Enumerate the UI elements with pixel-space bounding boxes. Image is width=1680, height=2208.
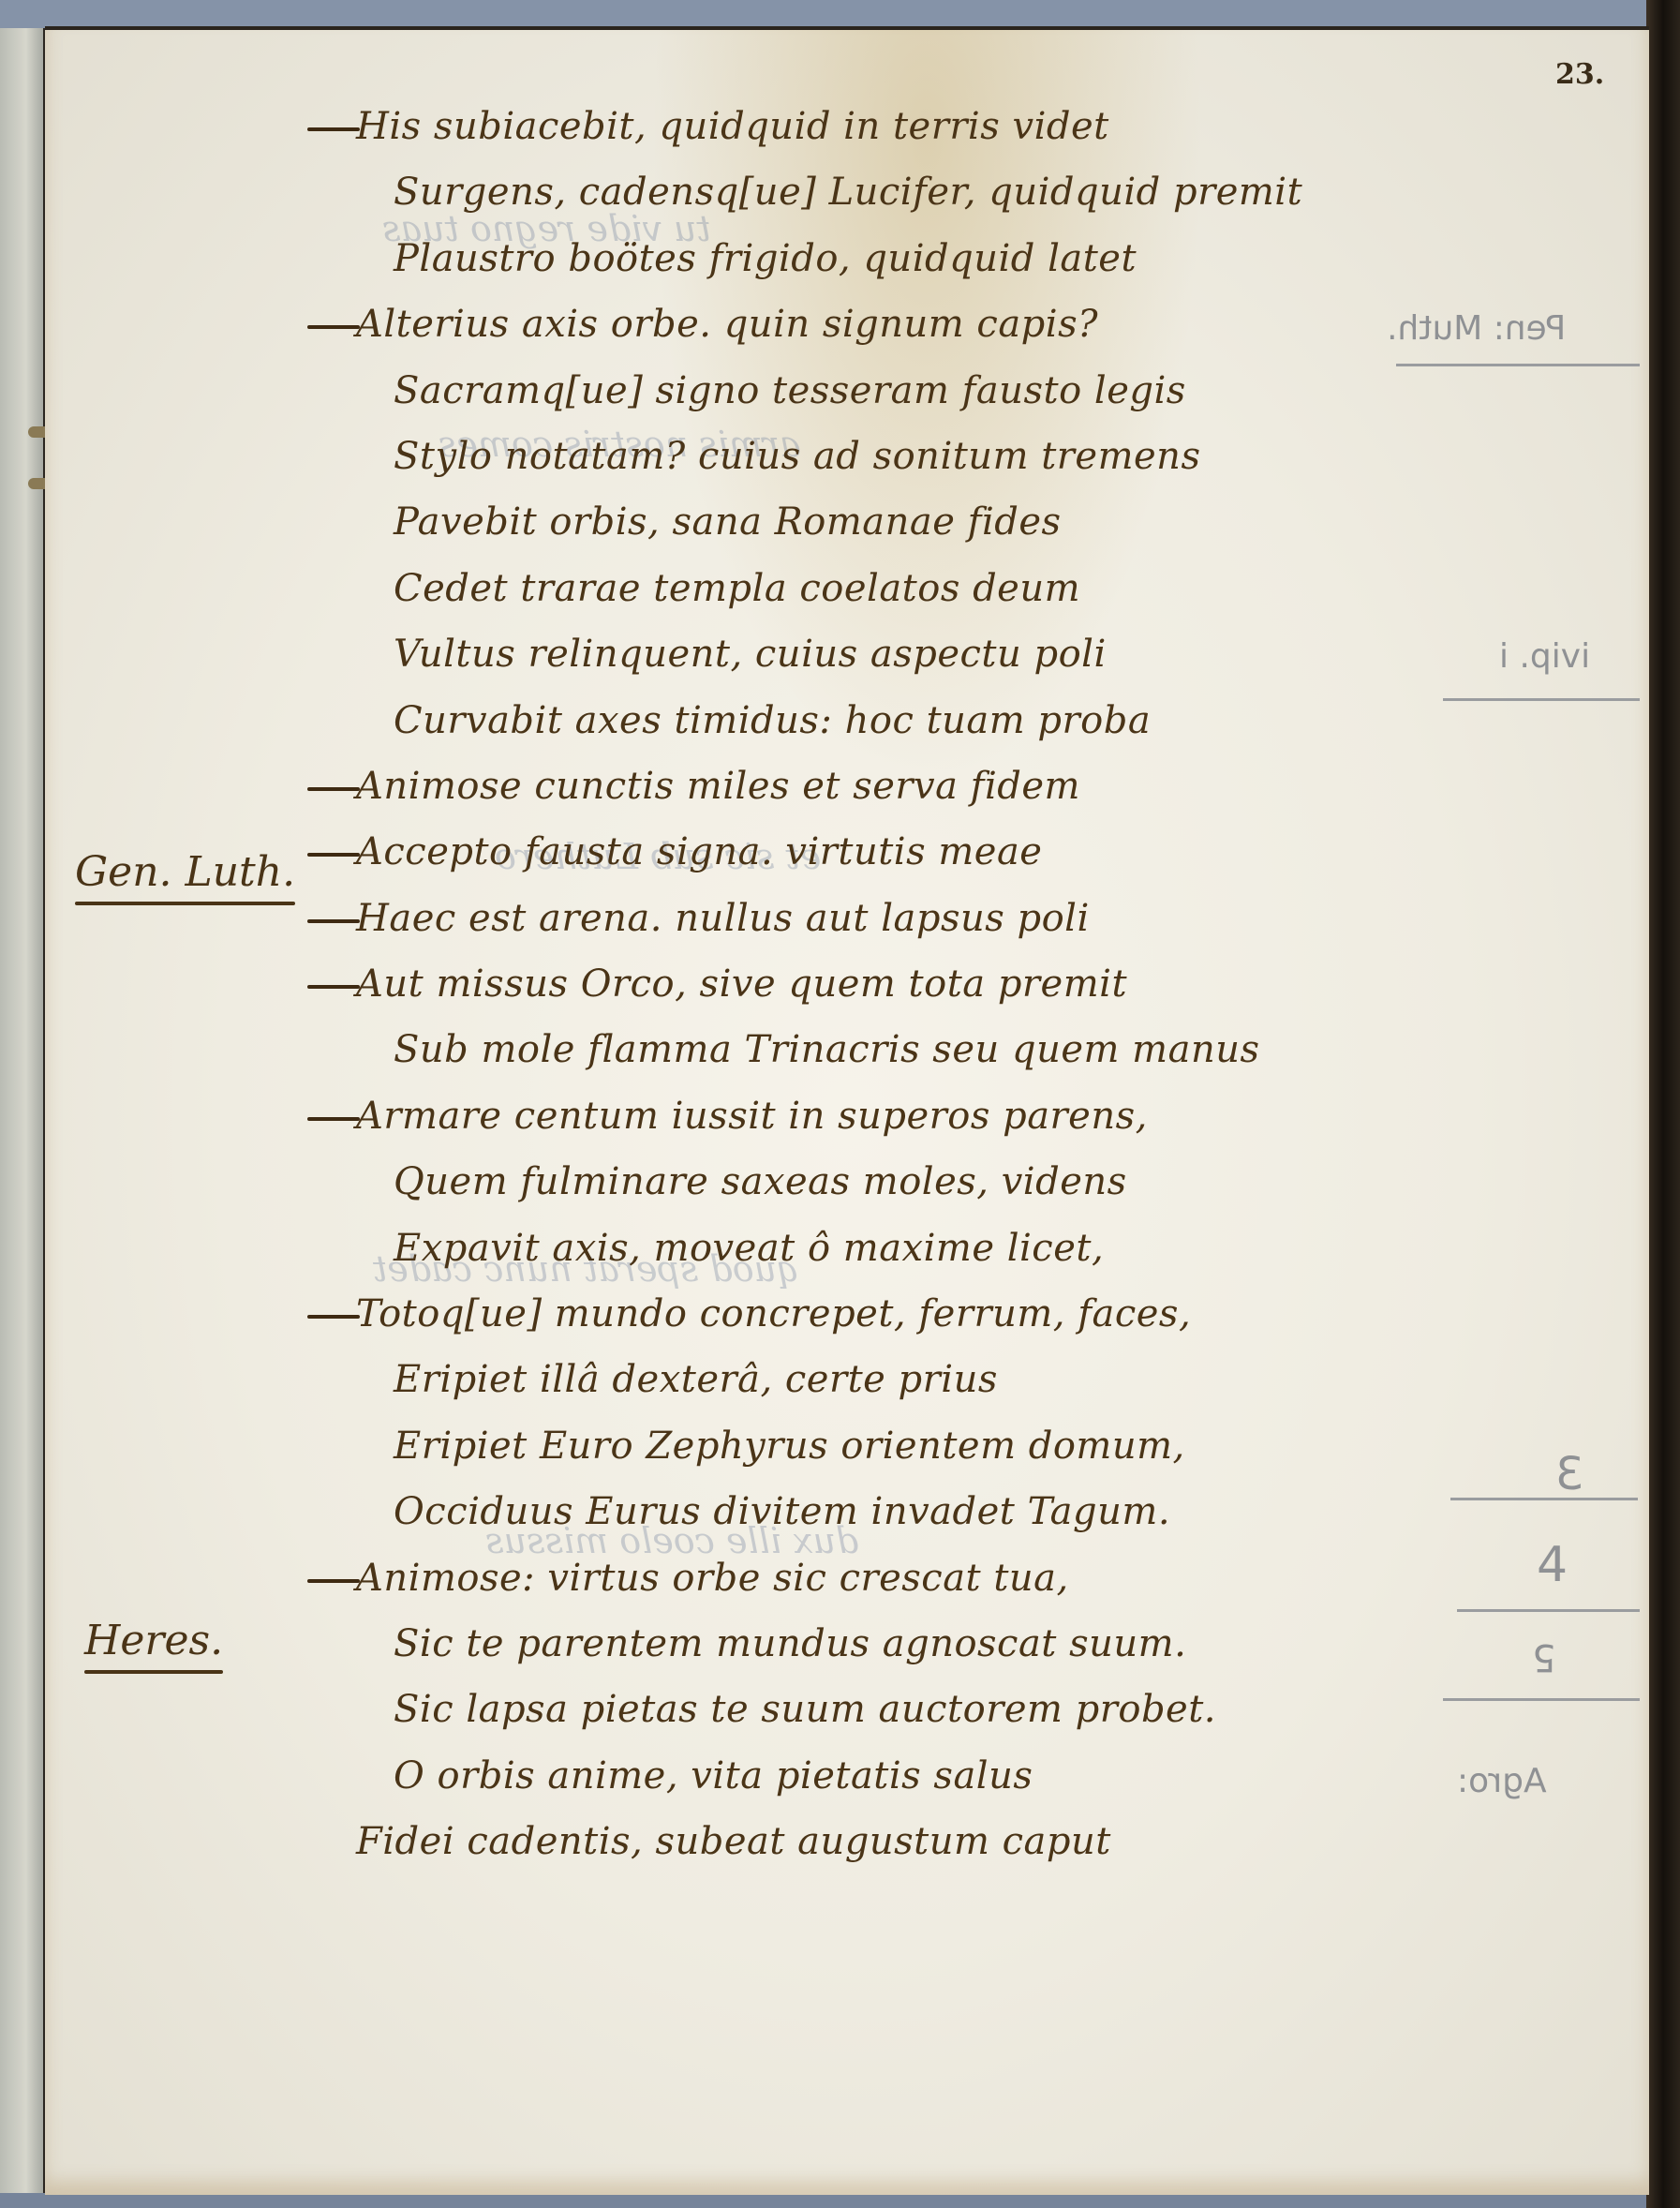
verse-line: Armare centum iussit in superos parens, bbox=[356, 1083, 1415, 1149]
speaker-label-gen-luth: Gen. Luth. bbox=[75, 848, 295, 905]
pencil-note: 3 bbox=[1555, 1448, 1584, 1500]
verse-line: Alterius axis orbe. quin signum capis? bbox=[356, 291, 1415, 357]
verse-line: Pavebit orbis, sana Romanae fides bbox=[356, 489, 1415, 555]
verse-line: Expavit axis, moveat ô maxime licet, bbox=[356, 1216, 1415, 1281]
verse-line: Fidei cadentis, subeat augustum caput bbox=[356, 1809, 1415, 1874]
verse-line: His subiacebit, quidquid in terris videt bbox=[356, 94, 1415, 159]
verse-line: Eripiet Euro Zephyrus orientem domum, bbox=[356, 1413, 1415, 1479]
pencil-rule bbox=[1396, 364, 1640, 366]
speaker-label-heres: Heres. bbox=[84, 1617, 223, 1674]
pencil-note: Agro: bbox=[1457, 1762, 1547, 1800]
verse-line: Stylo notatam? cuius ad sonitum tremens bbox=[356, 424, 1415, 489]
verse-line: Sacramq[ue] signo tesseram fausto legis bbox=[356, 358, 1415, 424]
verse-line: Sub mole flamma Trinacris seu quem manus bbox=[356, 1017, 1415, 1082]
verse-line: Surgens, cadensq[ue] Lucifer, quidquid p… bbox=[356, 159, 1415, 225]
pencil-rule bbox=[1443, 1698, 1640, 1701]
verse-line: Eripiet illâ dexterâ, certe prius bbox=[356, 1347, 1415, 1412]
verse-line: Cedet trarae templa coelatos deum bbox=[356, 556, 1415, 621]
verse-text: His subiacebit, quidquid in terris videt… bbox=[356, 94, 1415, 1875]
speaker-underline bbox=[75, 902, 295, 905]
verse-line: Curvabit axes timidus: hoc tuam proba bbox=[356, 688, 1415, 753]
speaker-name: Heres. bbox=[84, 1617, 223, 1664]
speaker-underline bbox=[84, 1670, 223, 1674]
pencil-rule bbox=[1450, 1498, 1638, 1500]
page-number: 23. bbox=[1555, 58, 1604, 91]
verse-line: Aut missus Orco, sive quem tota premit bbox=[356, 951, 1415, 1017]
book-cover-edge bbox=[1646, 0, 1680, 2208]
pencil-note: ivip. i bbox=[1499, 637, 1590, 676]
verse-line: Vultus relinquent, cuius aspectu poli bbox=[356, 621, 1415, 687]
pencil-note: 5 bbox=[1532, 1635, 1555, 1678]
previous-leaf-edge bbox=[0, 28, 46, 2193]
verse-line: O orbis anime, vita pietatis salus bbox=[356, 1743, 1415, 1809]
verse-line: Totoq[ue] mundo concrepet, ferrum, faces… bbox=[356, 1281, 1415, 1347]
pencil-note: 4 bbox=[1537, 1537, 1568, 1593]
verse-line: Haec est arena. nullus aut lapsus poli bbox=[356, 886, 1415, 951]
pencil-note: Pen: Muth. bbox=[1387, 309, 1566, 348]
verse-line: Quem fulminare saxeas moles, videns bbox=[356, 1149, 1415, 1215]
verse-line: Plaustro boötes frigido, quidquid latet bbox=[356, 226, 1415, 291]
verse-line: Animose: virtus orbe sic crescat tua, bbox=[356, 1545, 1415, 1611]
verse-line: Accepto fausta signa. virtutis meae bbox=[356, 819, 1415, 885]
speaker-name: Gen. Luth. bbox=[75, 848, 295, 896]
verse-line: Sic lapsa pietas te suum auctorem probet… bbox=[356, 1677, 1415, 1742]
verse-line: Sic te parentem mundus agnoscat suum. bbox=[356, 1611, 1415, 1677]
verse-line: Animose cunctis miles et serva fidem bbox=[356, 753, 1415, 819]
pencil-rule bbox=[1457, 1609, 1640, 1612]
verse-line: Occiduus Eurus divitem invadet Tagum. bbox=[356, 1479, 1415, 1544]
pencil-rule bbox=[1443, 698, 1640, 701]
